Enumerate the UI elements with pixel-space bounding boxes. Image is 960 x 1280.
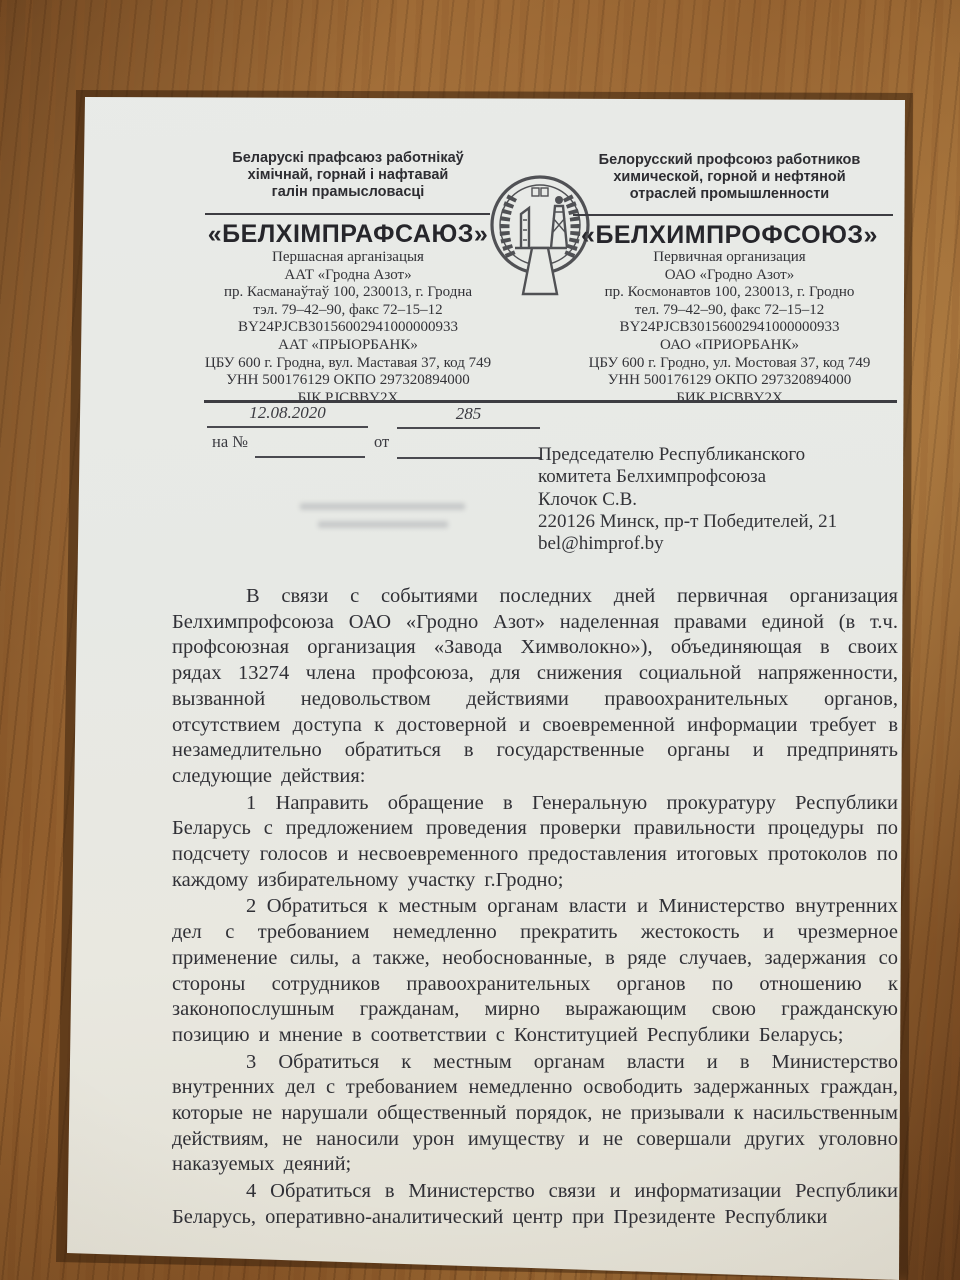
detail-line: ЦБУ 600 г. Гродна, вул. Маставая 37, код… xyxy=(198,355,498,373)
detail-line: BY24PJCB30156002941000000933 xyxy=(562,319,897,337)
detail-line: тэл. 79–42–90, факс 72–15–12 xyxy=(198,302,498,320)
ink-bleed-smudge xyxy=(318,521,448,528)
detail-line: Первичная организация xyxy=(562,249,897,267)
addressee-line: 220126 Минск, пр-т Победителей, 21 xyxy=(538,511,908,533)
body-paragraph-item-3: 3 Обратиться к местным органам власти и … xyxy=(172,1050,898,1179)
addressee-line: bel@himprof.by xyxy=(538,533,908,555)
ot-underline xyxy=(397,457,541,459)
addressee-block: Председателю Республиканского комитета Б… xyxy=(538,444,908,555)
body-paragraph-item-4: 4 Обратиться в Министерство связи и инфо… xyxy=(172,1179,898,1230)
ot-label: от xyxy=(374,432,389,452)
letterhead-left-rule xyxy=(205,213,490,215)
na-no-label: на № xyxy=(212,432,248,452)
detail-line: БИК PJCBBY2X xyxy=(562,390,897,408)
letter-date: 12.08.2020 xyxy=(207,403,368,423)
letterhead-left-org: Беларускі прафсаюз работнікаў хімічнай, … xyxy=(198,150,498,201)
date-underline xyxy=(207,426,368,428)
detail-line: пр. Касманаўтаў 100, 230013, г. Гродна xyxy=(198,284,498,302)
ink-bleed-smudge xyxy=(300,503,465,510)
detail-line: ЦБУ 600 г. Гродно, ул. Мостовая 37, код … xyxy=(562,355,897,373)
org-line: отраслей промышленности xyxy=(562,186,897,203)
detail-line: ОАО «ПРИОРБАНК» xyxy=(562,337,897,355)
body-paragraph-intro: В связи с событиями последних дней перви… xyxy=(172,584,898,790)
letterhead-right-details: Первичная организация ОАО «Гродно Азот» … xyxy=(562,249,897,407)
addressee-line: Председателю Республиканского xyxy=(538,444,908,466)
addressee-line: комитета Белхимпрофсоюза xyxy=(538,466,908,488)
detail-line: УНН 500176129 ОКПО 297320894000 xyxy=(198,372,498,390)
letterhead-left-details: Першасная арганізацыя ААТ «Гродна Азот» … xyxy=(198,249,498,407)
detail-line: УНН 500176129 ОКПО 297320894000 xyxy=(562,372,897,390)
org-line: химической, горной и нефтяной xyxy=(562,169,897,186)
body-paragraph-item-2: 2 Обратиться к местным органам власти и … xyxy=(172,894,898,1048)
letterhead-right-rule xyxy=(573,214,893,216)
org-line: галін прамысловасці xyxy=(198,184,498,201)
detail-line: тел. 79–42–90, факс 72–15–12 xyxy=(562,302,897,320)
org-line: Беларускі прафсаюз работнікаў xyxy=(198,150,498,167)
na-no-underline xyxy=(255,456,365,458)
addressee-line: Клочок С.В. xyxy=(538,489,908,511)
org-line: Белорусский профсоюз работников xyxy=(562,152,897,169)
detail-line: ААТ «Гродна Азот» xyxy=(198,267,498,285)
letter-number: 285 xyxy=(397,404,540,424)
letter-body: В связи с событиями последних дней перви… xyxy=(172,584,898,1232)
detail-line: пр. Космонавтов 100, 230013, г. Гродно xyxy=(562,284,897,302)
detail-line: ААТ «ПРЫОРБАНК» xyxy=(198,337,498,355)
detail-line: ОАО «Гродно Азот» xyxy=(562,267,897,285)
union-emblem-icon xyxy=(487,174,593,298)
union-name-belarusian: «БЕЛХІМПРАФСАЮЗ» xyxy=(198,220,498,249)
union-name-russian: «БЕЛХИМПРОФСОЮЗ» xyxy=(562,221,897,250)
body-paragraph-item-1: 1 Направить обращение в Генеральную прок… xyxy=(172,791,898,894)
detail-line: BY24PJCB30156002941000000933 xyxy=(198,319,498,337)
number-underline xyxy=(397,427,540,429)
letterhead-right-org: Белорусский профсоюз работников химическ… xyxy=(562,152,897,203)
letter-sheet: Беларускі прафсаюз работнікаў хімічнай, … xyxy=(0,0,960,1280)
org-line: хімічнай, горнай і нафтавай xyxy=(198,167,498,184)
detail-line: Першасная арганізацыя xyxy=(198,249,498,267)
